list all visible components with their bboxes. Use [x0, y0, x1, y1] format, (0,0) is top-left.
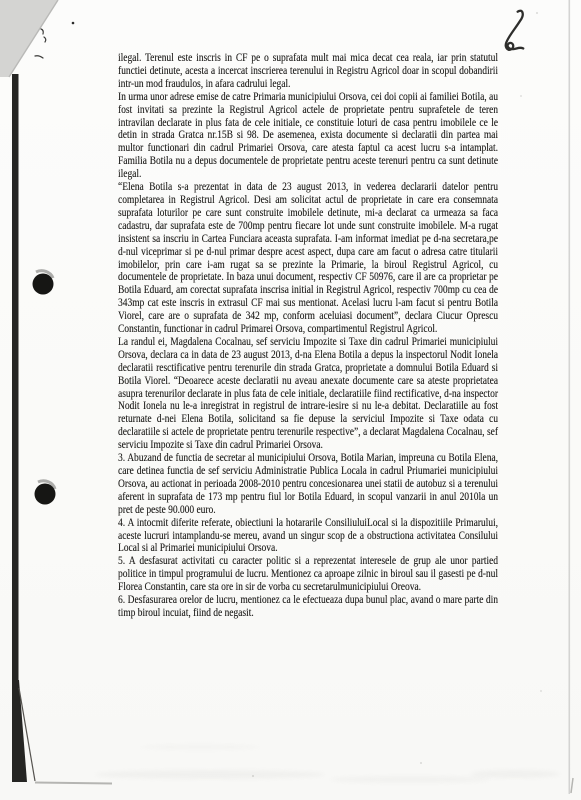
- scan-speck: [540, 690, 542, 692]
- corner-fold-edge: [9, 0, 58, 77]
- scan-speck: [536, 12, 538, 14]
- paragraph-continuation: ilegal. Terenul este inscris in CF pe o …: [118, 52, 498, 91]
- corner-fold-shadow: [0, 0, 58, 77]
- scan-smudge: [95, 770, 325, 779]
- numbered-item-6: 6. Desfasurarea orelor de lucru, mention…: [118, 594, 498, 620]
- scan-speck: [420, 762, 422, 764]
- paragraph-quote-cocalnau: La randul ei, Magdalena Cocalnau, sef se…: [118, 336, 498, 452]
- bottom-edge-line: [35, 783, 112, 784]
- scan-speck: [300, 140, 302, 142]
- scan-smudge: [140, 744, 260, 750]
- scan-speck: [465, 60, 467, 62]
- paragraph-quote-ciucur: “Elena Botila s-a prezentat in data de 2…: [118, 181, 498, 336]
- scanned-page: 2 ilegal. Terenul este inscris in CF pe …: [0, 0, 581, 800]
- scan-speck: [252, 775, 254, 777]
- pen-marks: [35, 22, 74, 58]
- left-binding-diagonal-line: [19, 688, 35, 781]
- numbered-item-5: 5. A desfasurat activitati cu caracter p…: [118, 555, 498, 594]
- punch-hole-bottom-icon: [35, 481, 56, 505]
- right-edge-shadow-line: [569, 0, 571, 794]
- left-binding-bar: [12, 74, 19, 683]
- numbered-item-4: 4. A intocmit diferite referate, obiecti…: [118, 517, 498, 556]
- punch-hole-top-icon: [33, 271, 54, 295]
- scan-speck: [520, 95, 522, 97]
- scan-smudge: [470, 770, 560, 778]
- document-body: ilegal. Terenul este inscris in CF pe o …: [118, 52, 498, 620]
- handwritten-2-icon: [503, 11, 525, 50]
- scan-smudge: [330, 776, 490, 783]
- paragraph-adrese: In urma unor adrese emise de catre Prima…: [118, 91, 498, 181]
- handwritten-page-number: 2: [495, 7, 532, 55]
- right-bottom-tick: [571, 778, 573, 793]
- numbered-item-3: 3. Abuzand de functia de secretar al mun…: [118, 452, 498, 517]
- left-binding-wedge: [12, 680, 27, 782]
